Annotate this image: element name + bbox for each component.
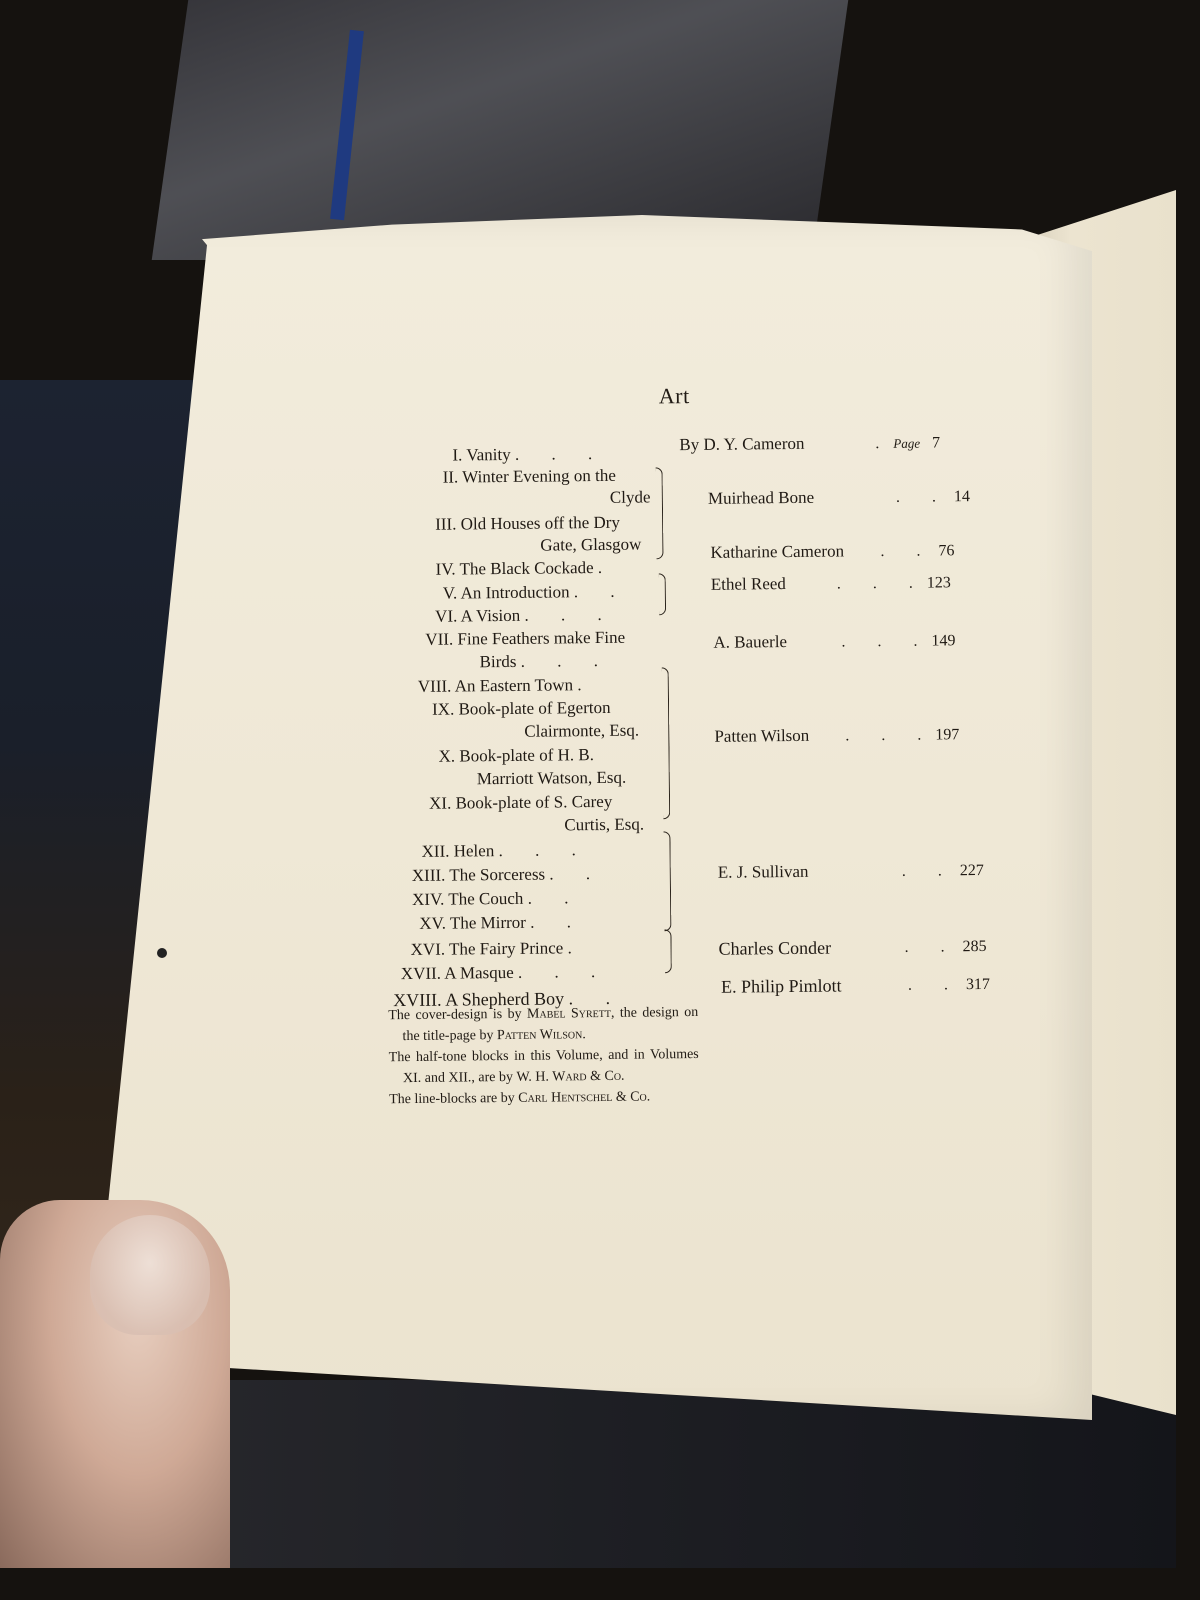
entry-xiv: XIV. The Couch . .: [412, 888, 583, 910]
page-ref-7: .Page 7: [875, 434, 940, 453]
entry-xii: XII. Helen . . .: [421, 840, 589, 862]
entry-iv: IV. The Black Cockade .: [436, 558, 617, 580]
page-ref-285: . . 285: [905, 938, 987, 957]
page-ref-76: . . 76: [880, 542, 954, 561]
entry-viii: VIII. An Eastern Town .: [418, 675, 596, 697]
page-ref-317: . . 317: [908, 976, 990, 995]
artist-reed: Ethel Reed: [711, 574, 786, 595]
entry-vii-cont: Birds . . .: [479, 651, 612, 672]
artist-k-cameron: Katharine Cameron: [710, 541, 844, 562]
artist-bauerle: A. Bauerle: [713, 632, 787, 653]
entry-ix-cont: Clairmonte, Esq.: [524, 721, 639, 742]
entry-xvii: XVII. A Masque . . .: [401, 962, 610, 984]
entry-x-cont: Marriott Watson, Esq.: [477, 768, 627, 790]
entry-vii: VII. Fine Feathers make Fine: [425, 628, 625, 650]
brace-icon: [664, 929, 671, 973]
entry-xi-cont: Curtis, Esq.: [564, 815, 644, 836]
entry-x: X. Book-plate of H. B.: [438, 745, 594, 767]
entry-iii: III. Old Houses off the Dry: [435, 513, 620, 535]
artist-wilson: Patten Wilson: [714, 726, 809, 747]
artist-conder: Charles Conder: [719, 938, 832, 960]
brace-icon: [656, 467, 664, 559]
artist-pimlott: E. Philip Pimlott: [721, 975, 842, 997]
artist-sullivan: E. J. Sullivan: [718, 862, 809, 883]
credits-notes: The cover-design is by Mabel Syrett, the…: [388, 1002, 699, 1110]
entry-ii: II. Winter Evening on the: [443, 466, 616, 488]
entry-ix: IX. Book-plate of Egerton: [432, 698, 611, 720]
brace-icon: [663, 831, 671, 931]
halftone-note: The half-tone blocks in this Volume, and…: [389, 1044, 699, 1089]
brace-icon: [662, 667, 671, 819]
entry-xv: XV. The Mirror . .: [419, 912, 585, 934]
entry-xiii: XIII. The Sorceress . .: [412, 864, 604, 886]
thumbnail-highlight: [90, 1215, 210, 1335]
artist-cameron: By D. Y. Cameron: [679, 434, 804, 455]
cover-design-note: The cover-design is by Mabel Syrett, the…: [388, 1002, 698, 1047]
lineblock-note: The line-blocks are by Carl Hentschel & …: [389, 1086, 699, 1110]
entry-i: I. Vanity . . .: [452, 444, 606, 466]
entry-xi: XI. Book-plate of S. Carey: [429, 792, 612, 814]
page-ref-197: . . .197: [845, 726, 959, 745]
entry-vi: VI. A Vision . . .: [435, 605, 616, 627]
page-ref-227: . . 227: [902, 862, 984, 881]
artist-bone: Muirhead Bone: [708, 488, 814, 509]
entry-xvi: XVI. The Fairy Prince .: [411, 938, 586, 960]
section-heading: Art: [659, 383, 690, 409]
page-ref-149: . . .149: [841, 632, 955, 651]
entry-iii-cont: Gate, Glasgow: [540, 535, 641, 556]
entry-ii-cont: Clyde: [610, 487, 651, 507]
page-ref-123: . . .123: [837, 574, 951, 593]
entry-v: V. An Introduction . .: [443, 582, 629, 604]
page-ref-14: . . 14: [896, 488, 970, 507]
brace-icon: [659, 573, 666, 615]
